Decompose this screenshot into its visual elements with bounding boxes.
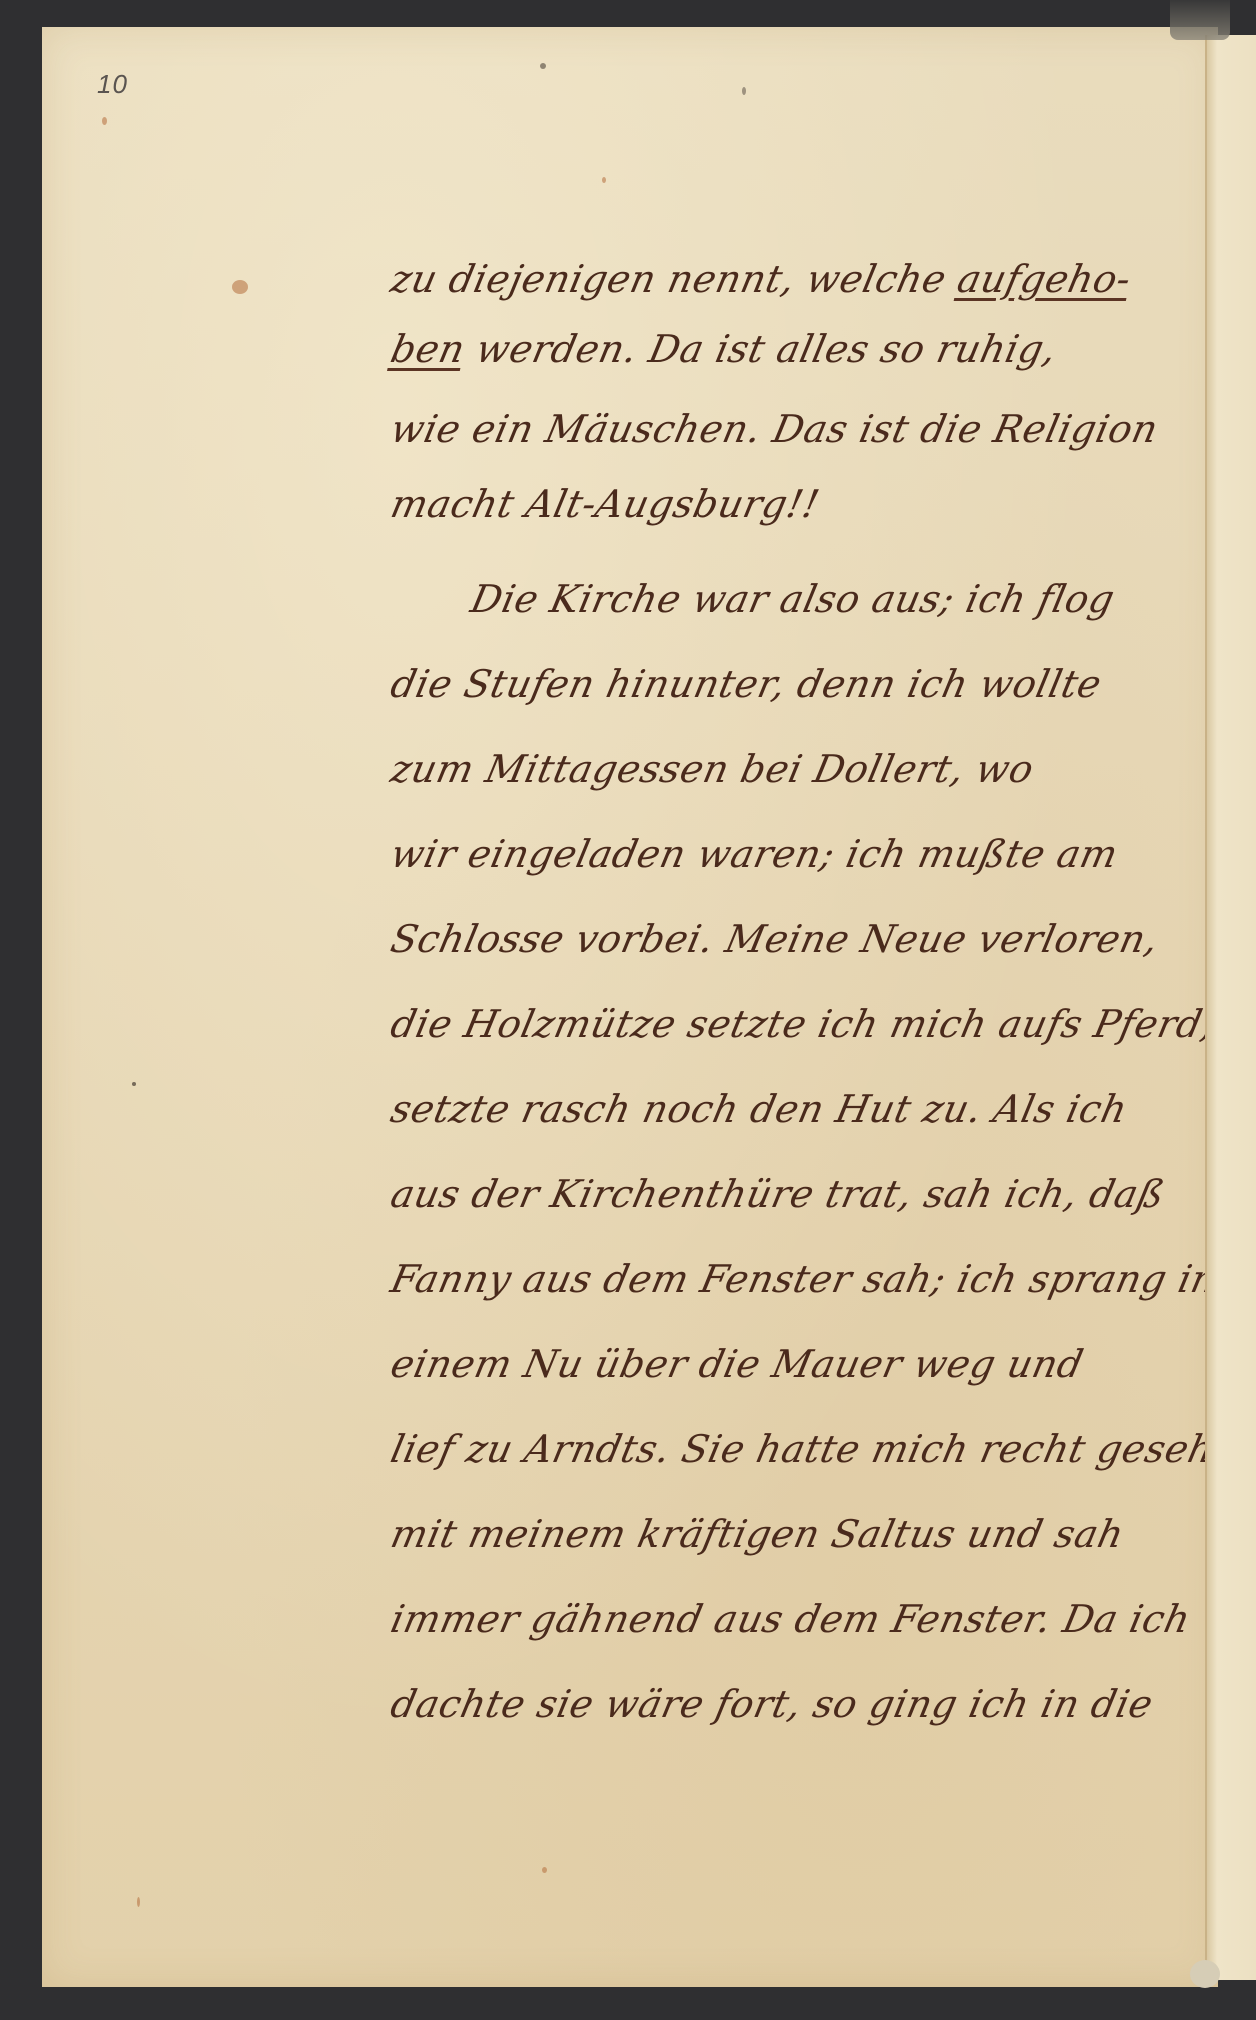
manuscript-line-10: die Holzmütze setzte ich mich aufs Pferd…	[387, 1002, 1219, 1046]
folio-number: 10	[97, 69, 128, 100]
manuscript-line-7: zum Mittagessen bei Dollert, wo	[387, 747, 1038, 791]
manuscript-line-1: zu diejenigen nennt, welche aufgeho-	[387, 257, 1135, 301]
paper-speck	[132, 1082, 136, 1086]
manuscript-line-3: wie ein Mäuschen. Das ist die Religion	[387, 407, 1162, 451]
manuscript-line-5: Die Kirche war also aus; ich flog	[467, 577, 1119, 621]
paper-speck	[102, 117, 107, 125]
manuscript-page: 10 zu diejenigen nennt, welche aufgeho- …	[42, 27, 1218, 1987]
manuscript-line-17: immer gähnend aus dem Fenster. Da ich	[387, 1597, 1195, 1641]
binding-fold	[1205, 35, 1256, 1980]
paper-speck	[232, 280, 248, 294]
manuscript-line-18: dachte sie wäre fort, so ging ich in die	[387, 1682, 1157, 1726]
manuscript-line-2: ben werden. Da ist alles so ruhig,	[387, 327, 1061, 371]
manuscript-line-15: lief zu Arndts. Sie hatte mich recht ges…	[387, 1427, 1256, 1471]
manuscript-line-16: mit meinem kräftigen Saltus und sah	[387, 1512, 1128, 1556]
paper-speck	[742, 87, 746, 95]
paper-speck	[540, 63, 546, 69]
paper-speck	[137, 1897, 140, 1907]
binding-clip-top	[1170, 0, 1230, 40]
paper-speck	[602, 177, 606, 183]
manuscript-line-8: wir eingeladen waren; ich mußte am	[387, 832, 1122, 876]
manuscript-line-13: Fanny aus dem Fenster sah; ich sprang in	[387, 1257, 1221, 1301]
manuscript-line-12: aus der Kirchenthüre trat, sah ich, daß	[387, 1172, 1169, 1216]
manuscript-line-9: Schlosse vorbei. Meine Neue verloren,	[387, 917, 1163, 961]
scan-background: 10 zu diejenigen nennt, welche aufgeho- …	[0, 0, 1256, 2020]
manuscript-line-4: macht Alt-Augsburg!!	[387, 482, 823, 526]
binding-clip-bottom	[1190, 1960, 1220, 1988]
underlined-word: ben	[387, 327, 469, 371]
manuscript-line-6: die Stufen hinunter, denn ich wollte	[387, 662, 1106, 706]
manuscript-line-14: einem Nu über die Mauer weg und	[387, 1342, 1087, 1386]
underlined-word: aufgeho-	[954, 257, 1136, 301]
manuscript-line-11: setzte rasch noch den Hut zu. Als ich	[387, 1087, 1131, 1131]
paper-speck	[542, 1867, 547, 1873]
